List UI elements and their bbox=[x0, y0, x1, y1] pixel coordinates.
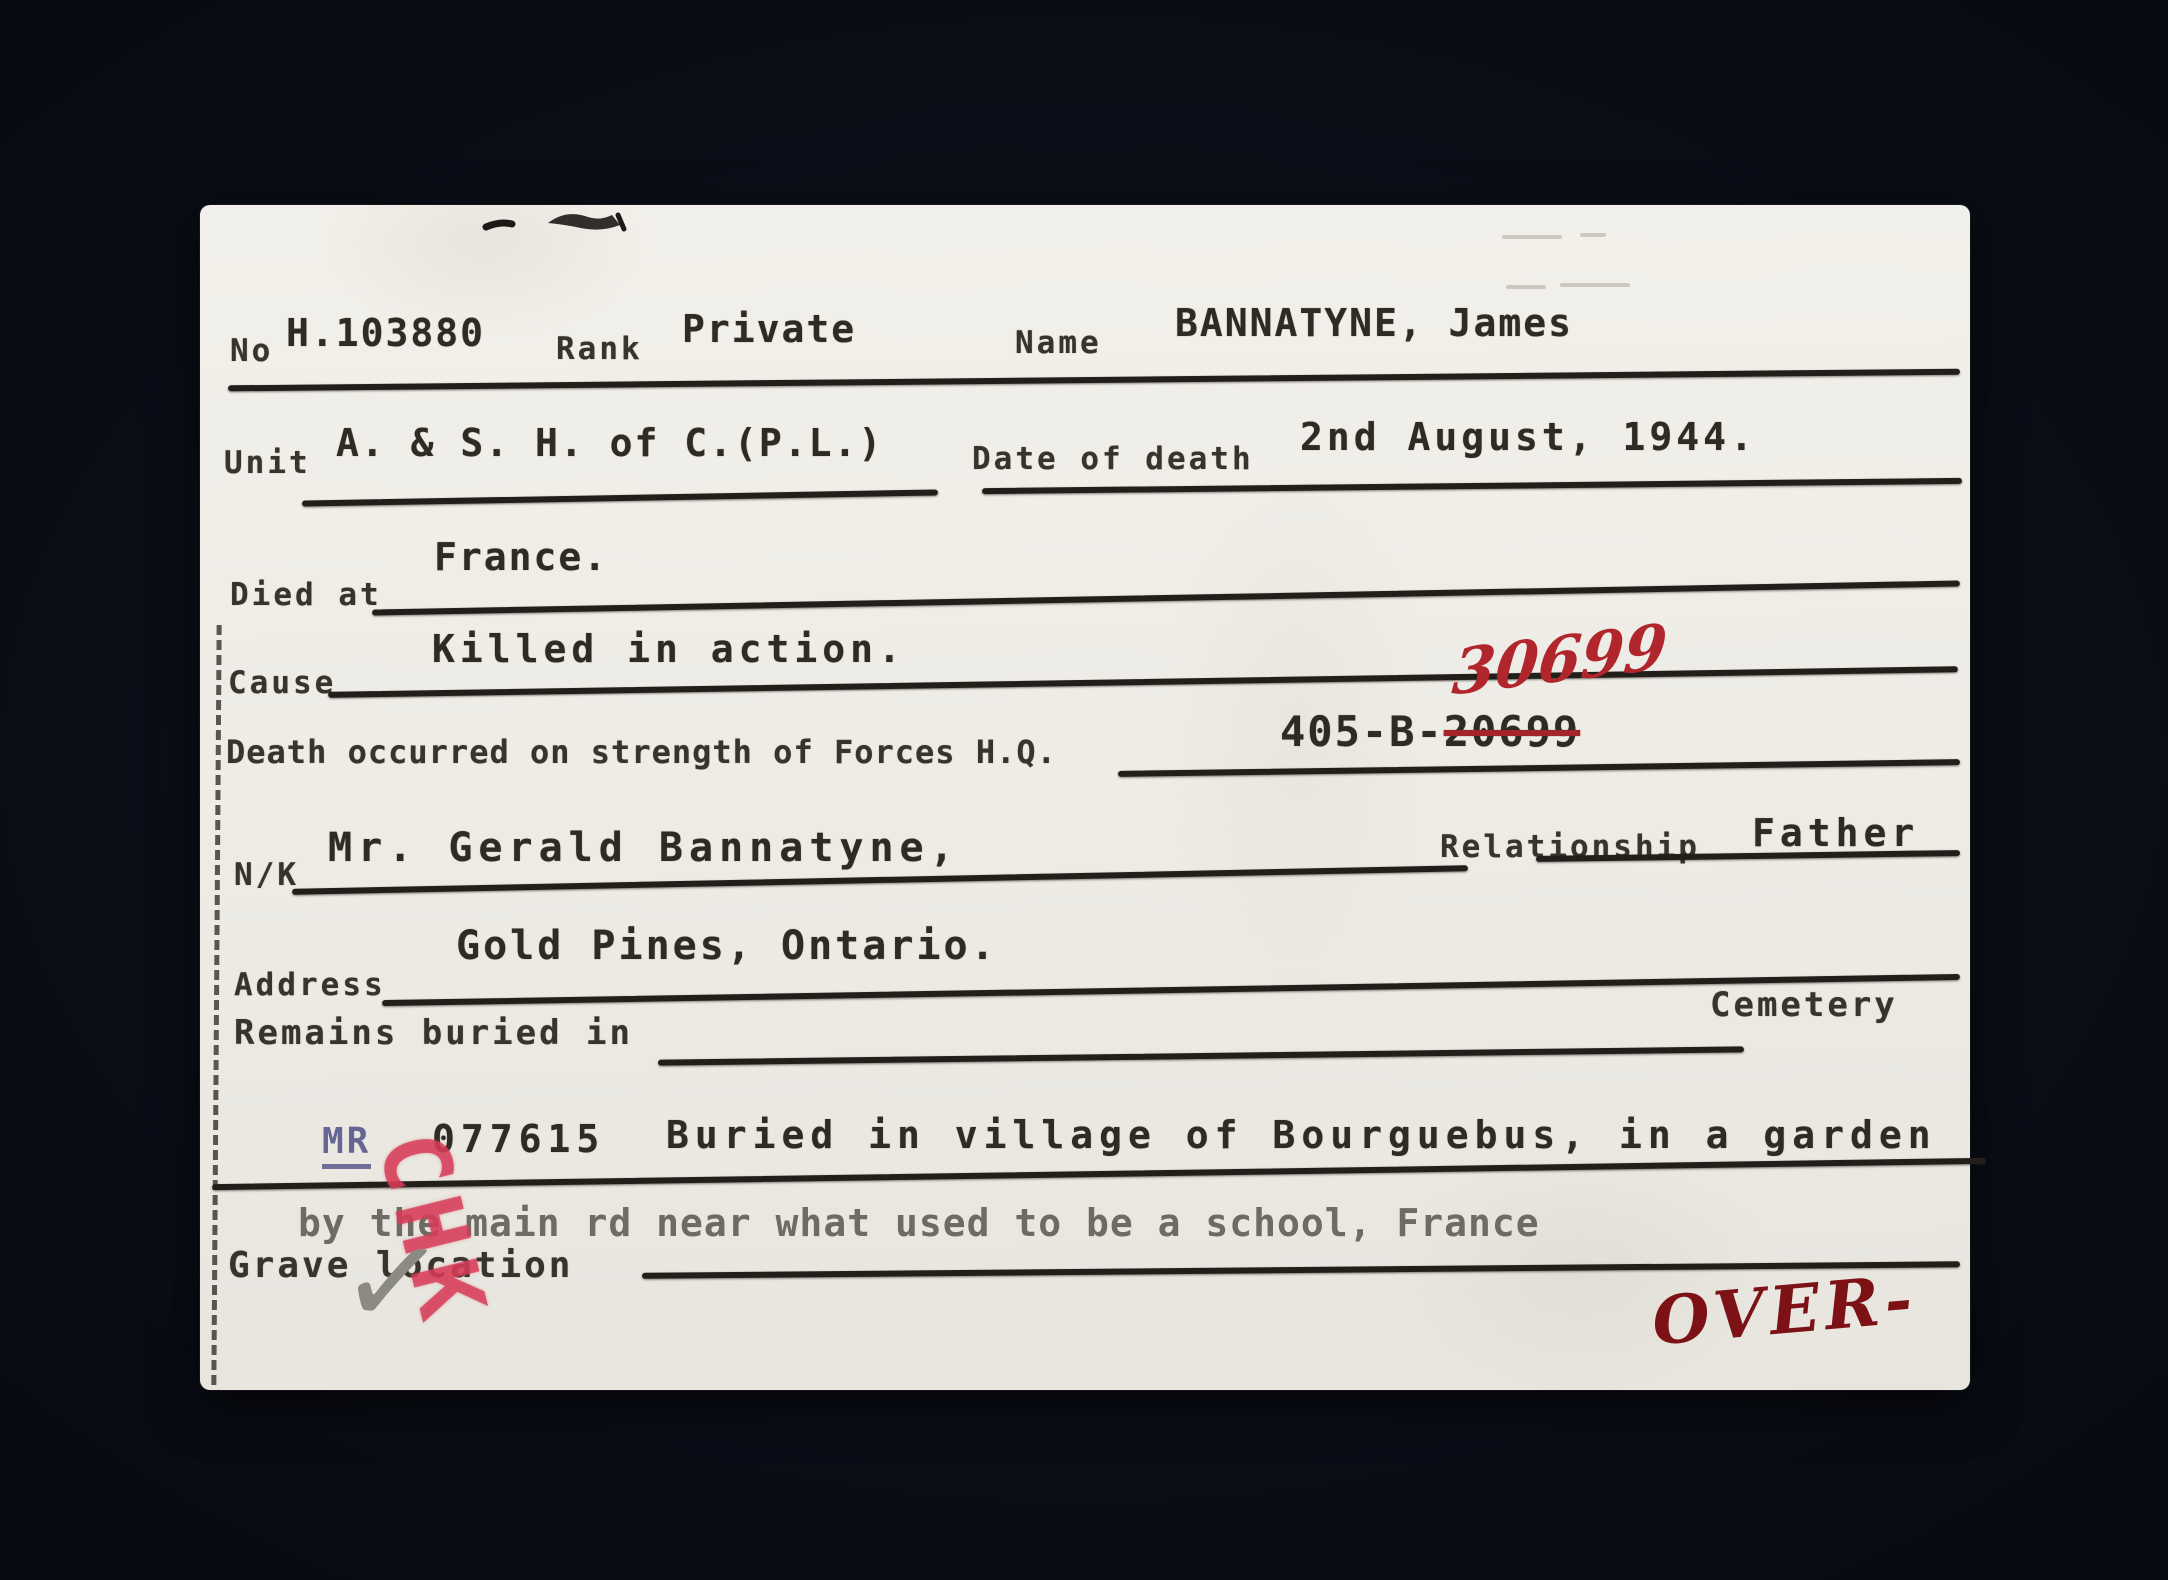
no-label: No bbox=[230, 333, 273, 369]
grave-description-line1: Buried in village of Bourguebus, in a ga… bbox=[666, 1113, 1937, 1157]
underline-forces bbox=[1118, 759, 1960, 777]
burial-record-card: No H.103880 Rank Private Name BANNATYNE,… bbox=[200, 205, 1970, 1390]
name-label: Name bbox=[1015, 325, 1102, 361]
next-of-kin-value: Mr. Gerald Bannatyne, bbox=[328, 825, 960, 871]
underline-died-at bbox=[372, 580, 1960, 615]
underline-unit bbox=[302, 489, 938, 506]
cemetery-label: Cemetery bbox=[1710, 985, 1898, 1025]
forces-hq-value: 405-B- bbox=[1280, 707, 1444, 756]
checkmark-pencil: ✓ bbox=[333, 1205, 452, 1360]
faint-mark bbox=[1502, 235, 1562, 239]
faint-mark bbox=[1560, 283, 1630, 287]
faint-mark bbox=[1580, 233, 1606, 237]
forces-hq-label: Death occurred on strength of Forces H.Q… bbox=[226, 733, 1057, 771]
name-value: BANNATYNE, James bbox=[1175, 301, 1573, 345]
forces-hq-value-struck: 20699 bbox=[1444, 707, 1580, 756]
underline-date bbox=[982, 478, 1962, 494]
over-annotation: OVER- bbox=[1649, 1260, 1920, 1361]
cause-label: Cause bbox=[228, 665, 336, 701]
underline-row1 bbox=[228, 369, 1960, 392]
next-of-kin-label: N/K bbox=[234, 857, 299, 893]
died-at-value: France. bbox=[434, 535, 608, 579]
died-at-label: Died at bbox=[230, 577, 382, 613]
unit-value: A. & S. H. of C.(P.L.) bbox=[336, 421, 883, 465]
no-value: H.103880 bbox=[286, 311, 485, 355]
faint-mark bbox=[1506, 285, 1546, 289]
date-of-death-label: Date of death bbox=[972, 441, 1254, 477]
address-value: Gold Pines, Ontario. bbox=[456, 923, 998, 969]
remains-buried-in-label: Remains buried in bbox=[234, 1013, 633, 1053]
cause-value: Killed in action. bbox=[432, 627, 906, 671]
address-label: Address bbox=[234, 967, 386, 1003]
relationship-value: Father bbox=[1752, 811, 1919, 855]
correction-number-handwritten: 30699 bbox=[1450, 609, 1671, 710]
torn-edge-marks bbox=[211, 625, 221, 1385]
rank-value: Private bbox=[682, 307, 856, 351]
rank-label: Rank bbox=[556, 331, 643, 367]
ink-smudge bbox=[478, 197, 668, 245]
underline-remains bbox=[658, 1046, 1744, 1065]
unit-label: Unit bbox=[224, 445, 311, 481]
date-of-death-value: 2nd August, 1944. bbox=[1300, 415, 1757, 459]
